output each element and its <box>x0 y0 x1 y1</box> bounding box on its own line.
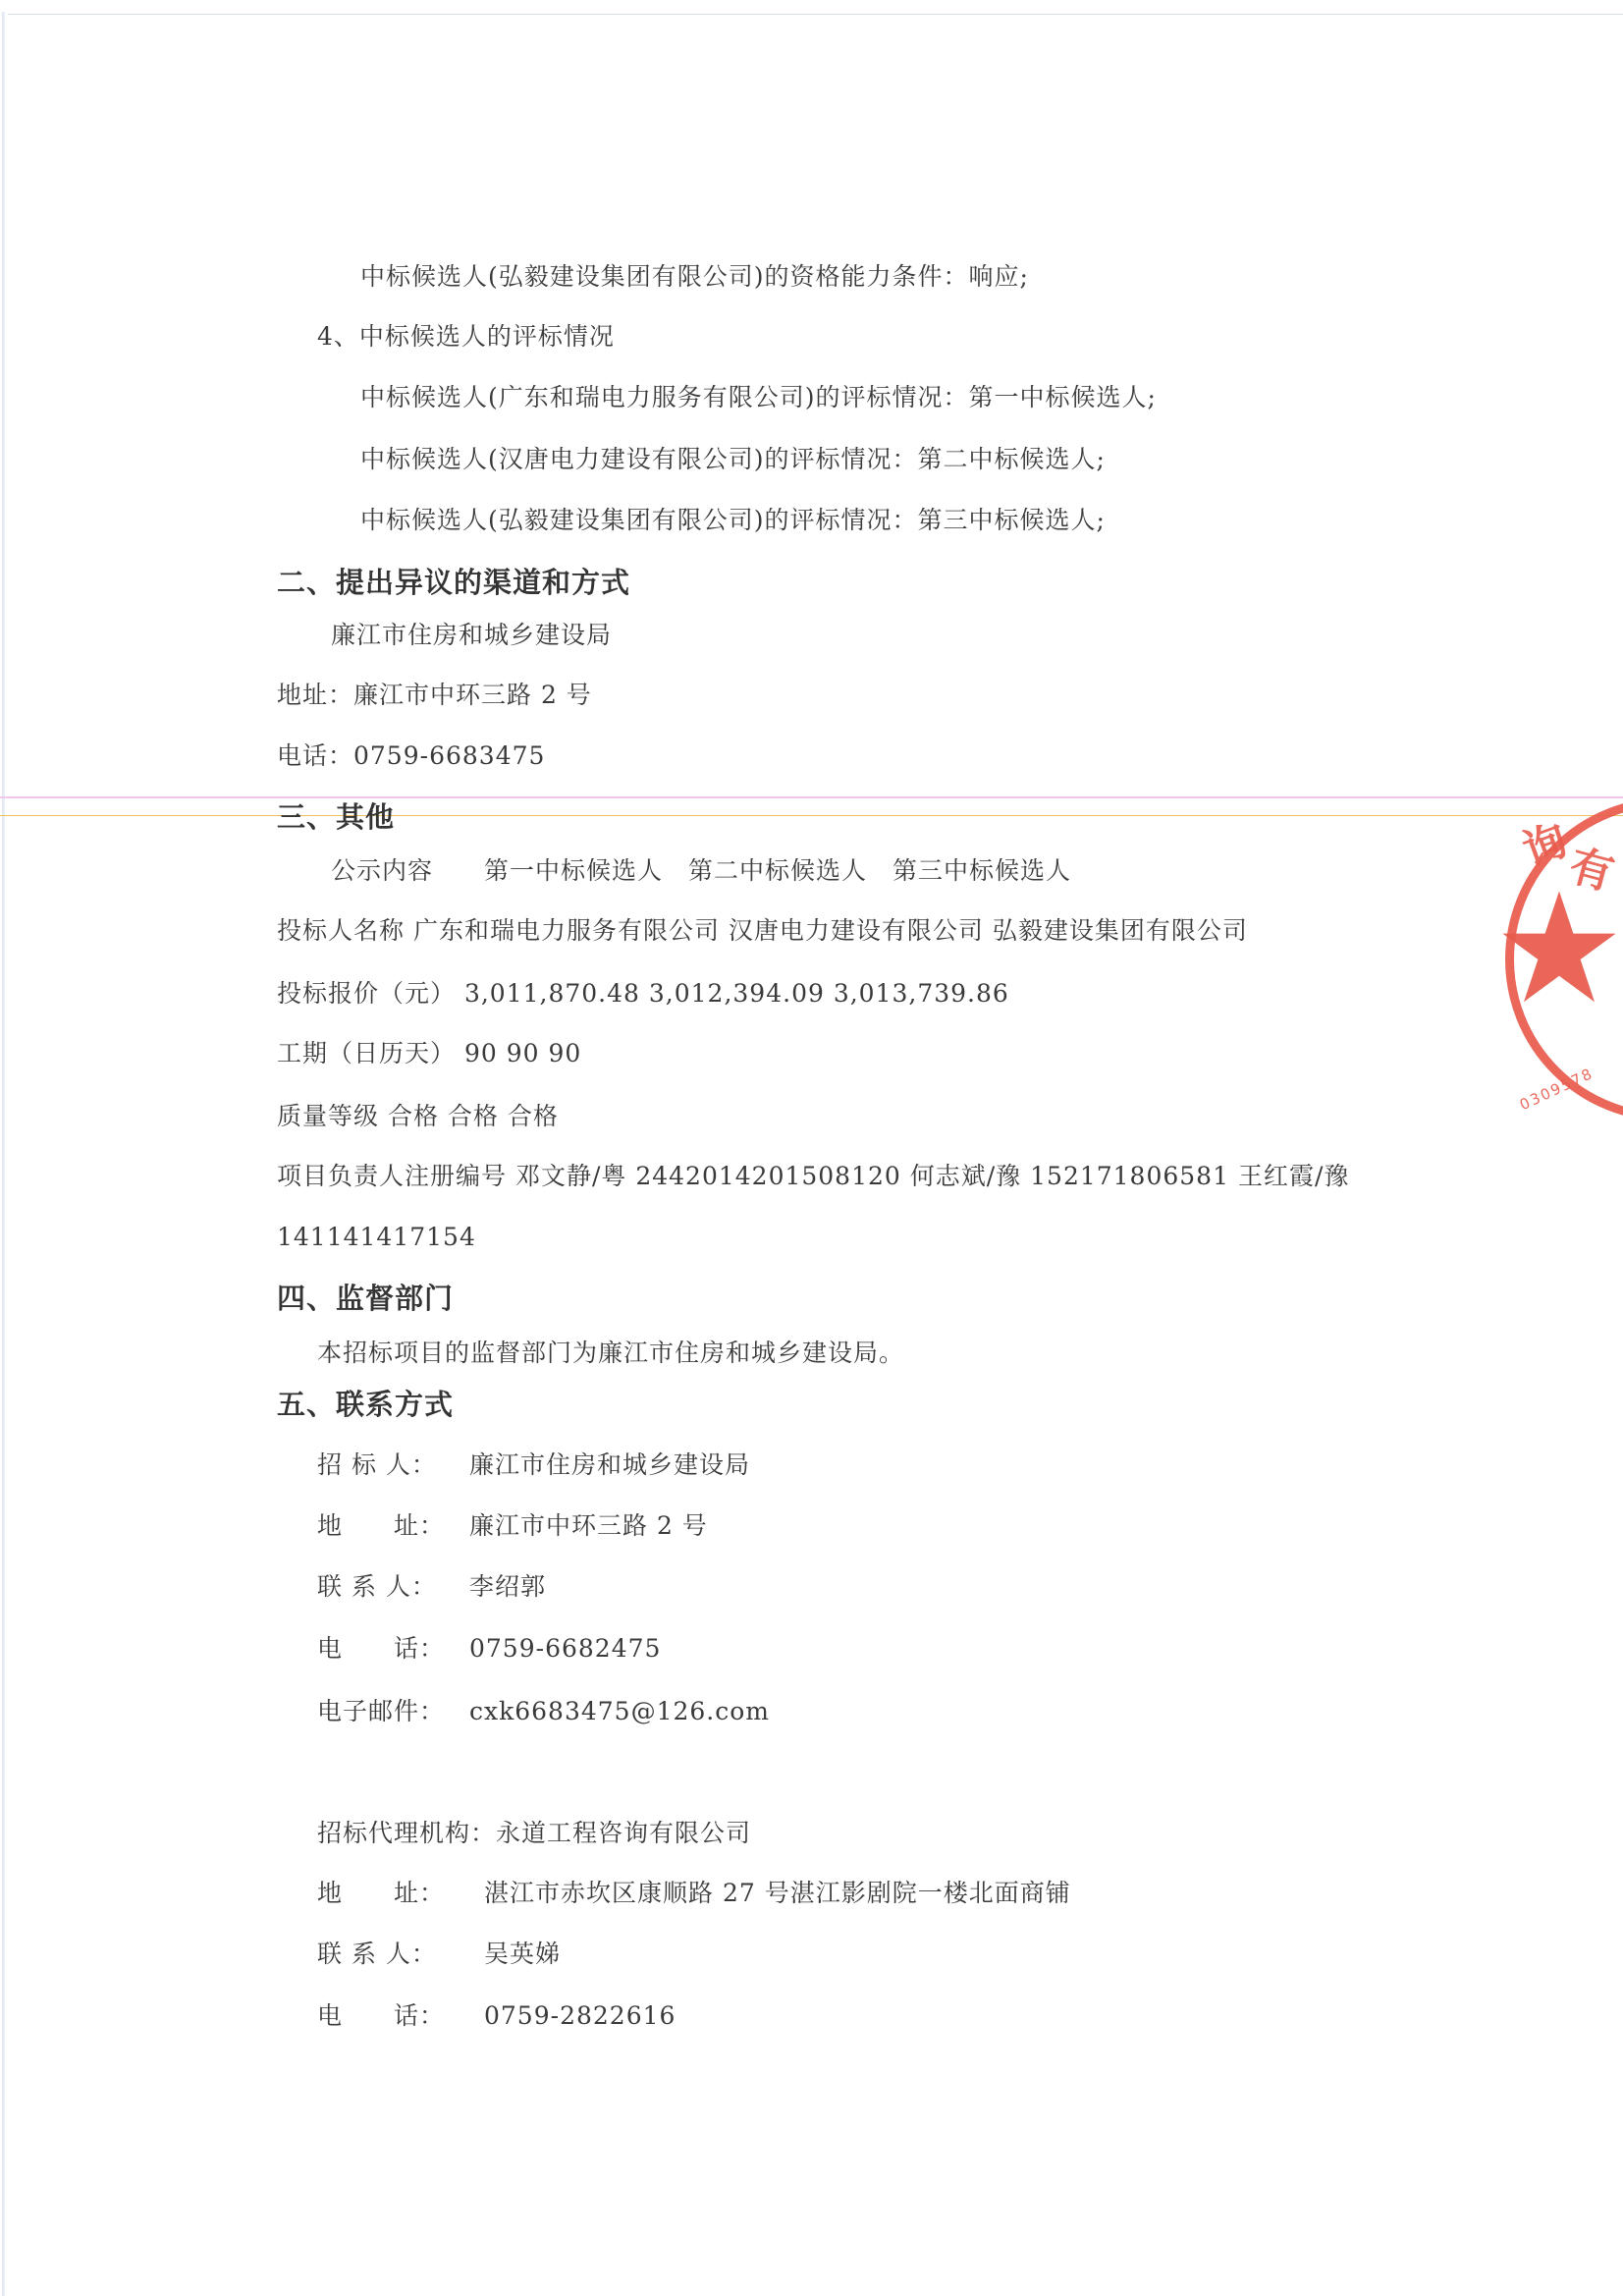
objection-phone: 电话：0759-6683475 <box>277 741 545 771</box>
section3-heading: 三、其他 <box>277 800 395 834</box>
tenderer-phone-label: 电 话： <box>317 1634 469 1664</box>
scan-line-pink <box>0 796 1623 798</box>
project-manager-row: 项目负责人注册编号 邓文静/粤 2442014201508120 何志斌/豫 1… <box>277 1162 1349 1191</box>
duration-row: 工期（日历天） 90 90 90 <box>277 1039 581 1068</box>
tenderer-address-value: 廉江市中环三路 2 号 <box>469 1511 708 1540</box>
evaluation-line-1: 中标候选人(广东和瑞电力服务有限公司)的评标情况：第一中标候选人; <box>360 383 1157 412</box>
agency-address-label: 地 址： <box>317 1879 484 1908</box>
tenderer-name-value: 廉江市住房和城乡建设局 <box>469 1450 750 1479</box>
agency-contact-value: 吴英娣 <box>484 1940 561 1968</box>
tenderer-phone: 电 话：0759-6682475 <box>317 1634 661 1664</box>
agency-address-value: 湛江市赤坎区康顺路 27 号湛江影剧院一楼北面商铺 <box>484 1879 1071 1907</box>
tenderer-contact-label: 联 系 人： <box>317 1572 469 1602</box>
agency-phone: 电 话：0759-2822616 <box>317 2001 676 2031</box>
tenderer-contact-value: 李绍郭 <box>469 1572 546 1601</box>
tenderer-name-label: 招 标 人： <box>317 1450 469 1480</box>
tenderer-email: 电子邮件：cxk6683475@126.com <box>317 1697 770 1726</box>
agency-name-label: 招标代理机构： <box>317 1819 496 1847</box>
evaluation-line-3: 中标候选人(弘毅建设集团有限公司)的评标情况：第三中标候选人; <box>360 506 1106 535</box>
scan-edge-top <box>8 14 1623 15</box>
tenderer-email-label: 电子邮件： <box>317 1697 469 1726</box>
agency-phone-label: 电 话： <box>317 2001 484 2031</box>
supervision-text: 本招标项目的监督部门为廉江市住房和城乡建设局。 <box>317 1339 904 1368</box>
tenderer-address-label: 地 址： <box>317 1511 469 1541</box>
tenderer-contact: 联 系 人：李绍郭 <box>317 1572 546 1602</box>
agency-name-value: 永道工程咨询有限公司 <box>496 1819 751 1847</box>
qualification-line: 中标候选人(弘毅建设集团有限公司)的资格能力条件：响应; <box>360 262 1029 292</box>
tenderer-address: 地 址：廉江市中环三路 2 号 <box>317 1511 708 1541</box>
agency-address: 地 址：湛江市赤坎区康顺路 27 号湛江影剧院一楼北面商铺 <box>317 1879 1071 1908</box>
bid-prices-row: 投标报价（元） 3,011,870.48 3,012,394.09 3,013,… <box>277 979 1009 1009</box>
agency-phone-value: 0759-2822616 <box>484 2001 676 2030</box>
project-manager-row-cont: 141141417154 <box>277 1223 476 1252</box>
tenderer-email-value[interactable]: cxk6683475@126.com <box>469 1697 770 1725</box>
section4-heading: 四、监督部门 <box>277 1282 454 1315</box>
tenderer-name: 招 标 人：廉江市住房和城乡建设局 <box>317 1450 750 1480</box>
stamp-star-icon <box>1500 889 1618 1007</box>
bidder-names-row: 投标人名称 广东和瑞电力服务有限公司 汉唐电力建设有限公司 弘毅建设集团有限公司 <box>277 916 1248 946</box>
evaluation-line-2: 中标候选人(汉唐电力建设有限公司)的评标情况：第二中标候选人; <box>360 445 1106 474</box>
agency-contact: 联 系 人：吴英娣 <box>317 1940 561 1969</box>
objection-address: 地址：廉江市中环三路 2 号 <box>277 681 592 710</box>
scan-edge-left <box>2 12 5 2296</box>
scan-line-orange <box>0 815 1623 816</box>
agency-contact-label: 联 系 人： <box>317 1940 484 1969</box>
section5-heading: 五、联系方式 <box>277 1388 454 1421</box>
section2-heading: 二、提出异议的渠道和方式 <box>277 566 630 599</box>
table-header-row: 公示内容 第一中标候选人 第二中标候选人 第三中标候选人 <box>331 856 1071 886</box>
agency-name: 招标代理机构：永道工程咨询有限公司 <box>317 1819 751 1848</box>
item4-title: 4、中标候选人的评标情况 <box>317 322 615 352</box>
objection-org: 廉江市住房和城乡建设局 <box>331 621 612 650</box>
tenderer-phone-value: 0759-6682475 <box>469 1634 661 1663</box>
quality-row: 质量等级 合格 合格 合格 <box>277 1102 559 1131</box>
